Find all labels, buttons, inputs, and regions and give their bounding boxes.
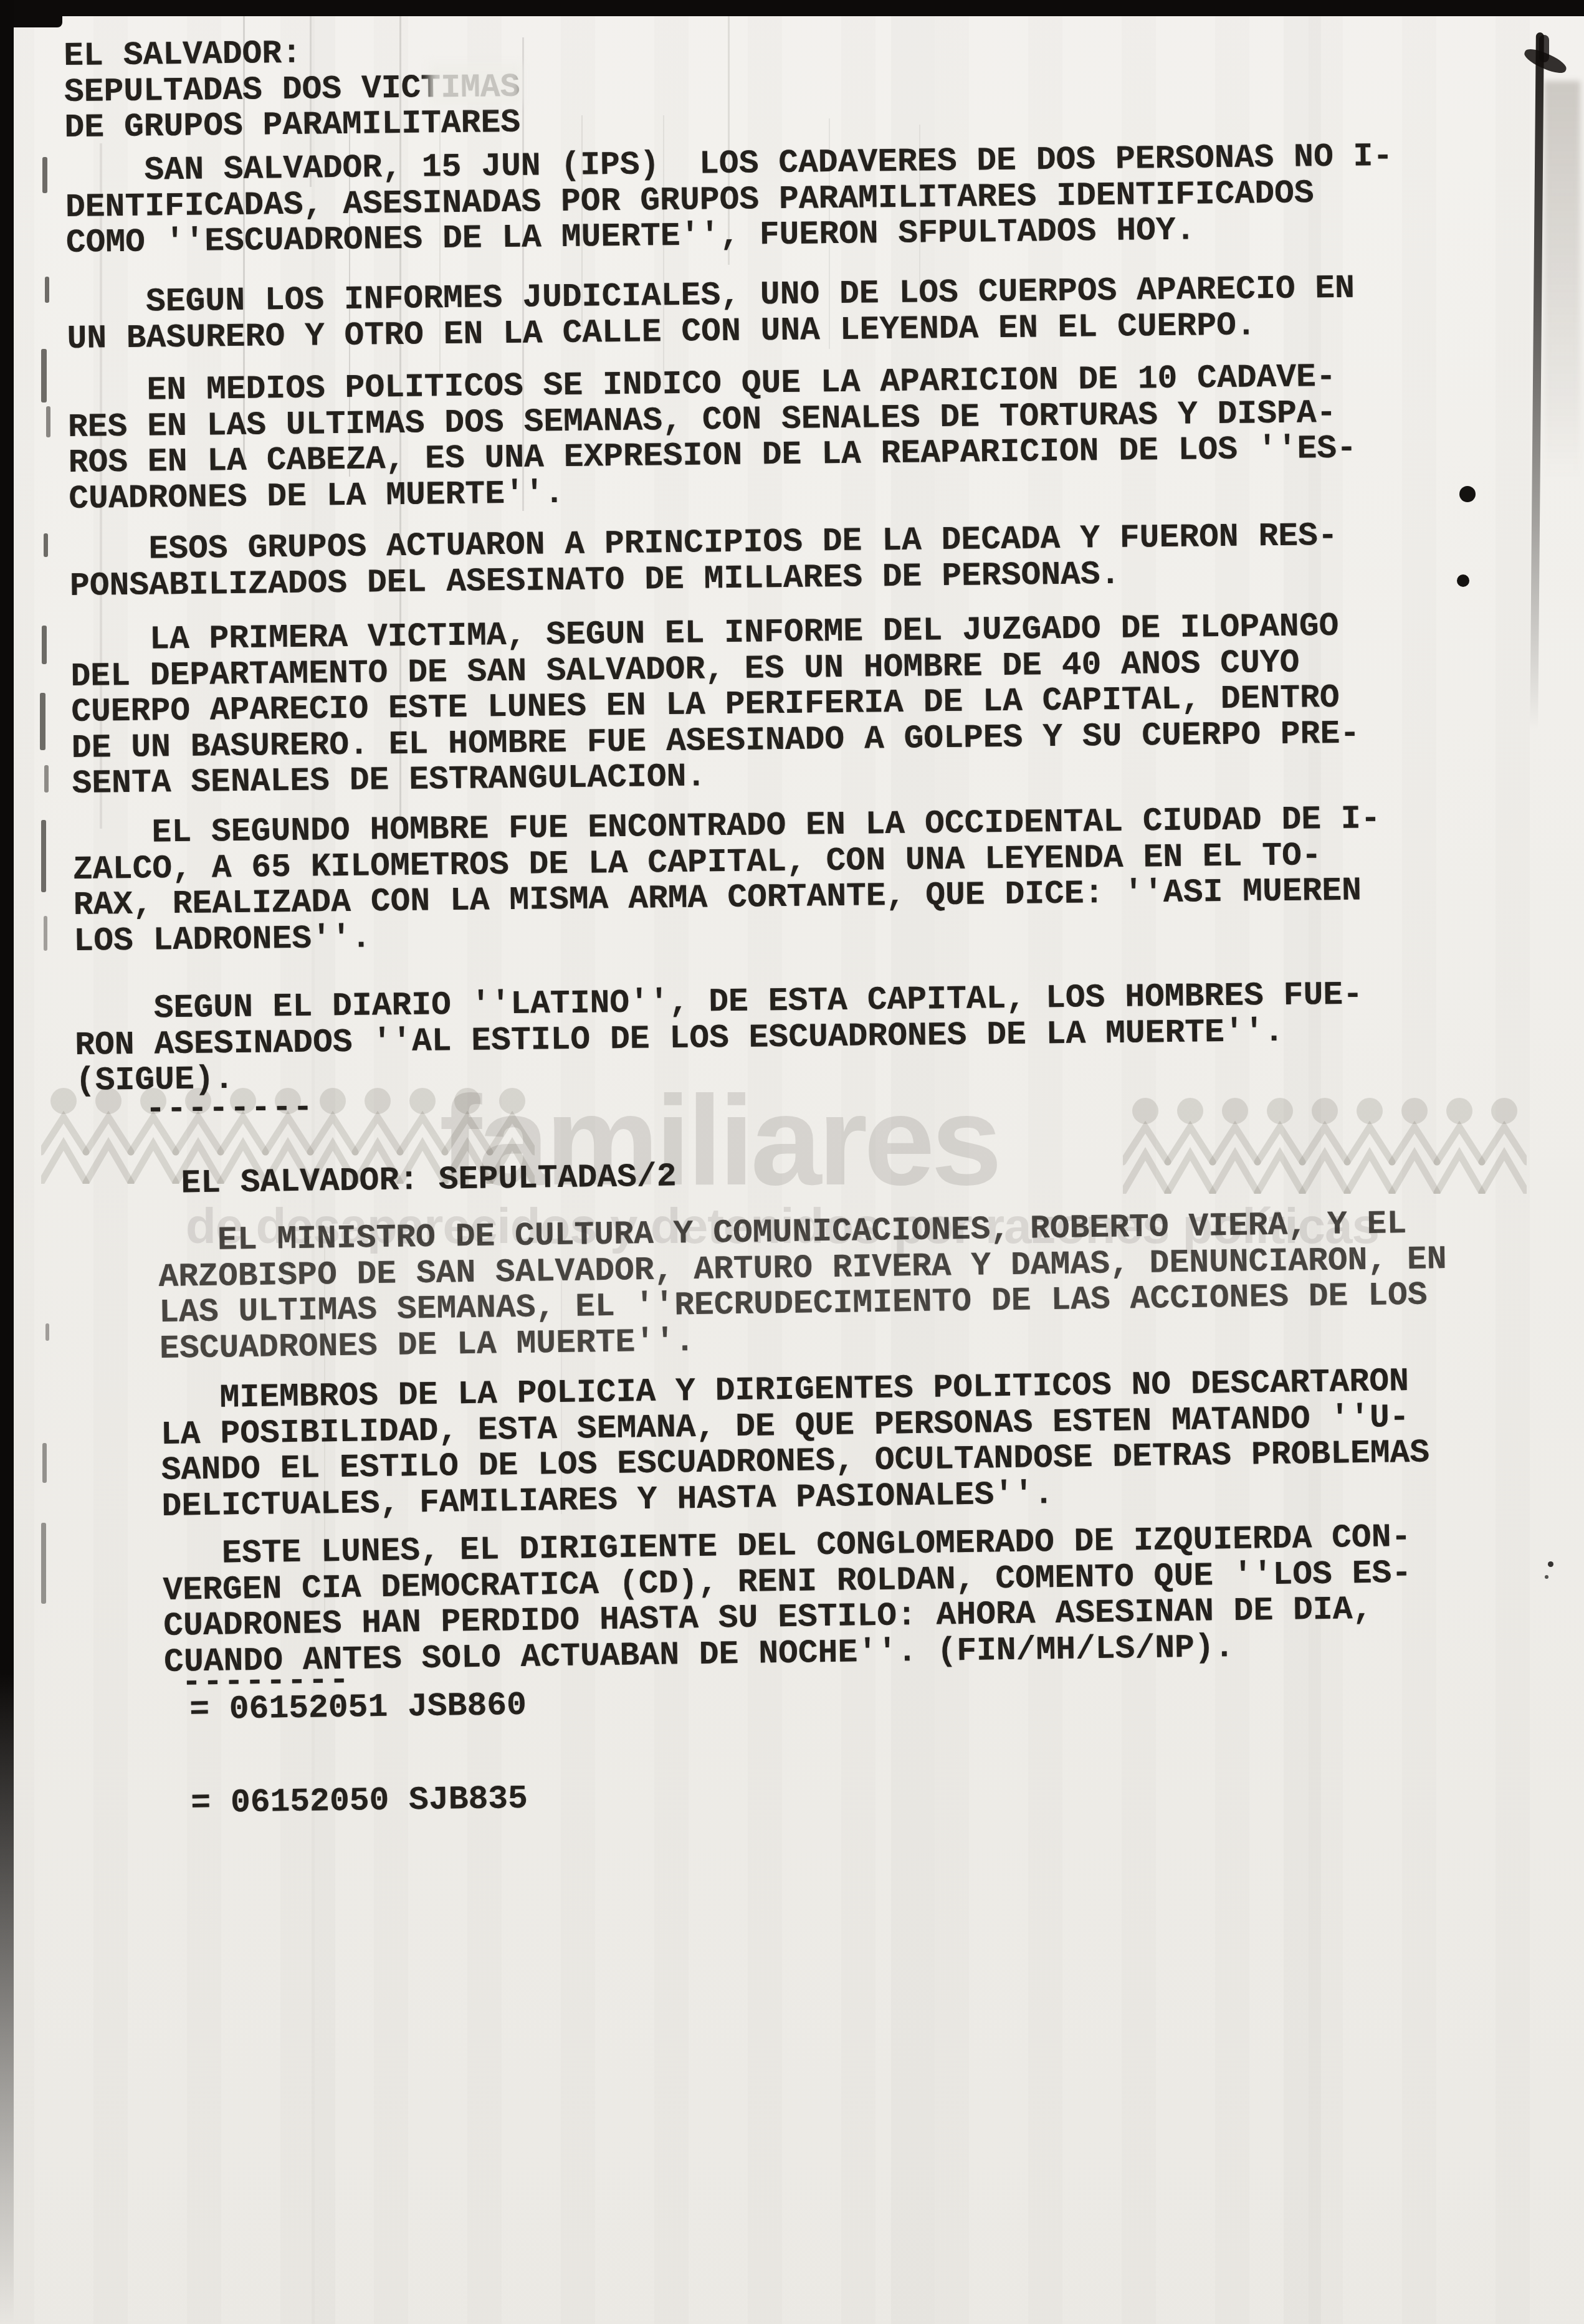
ink-streak-right (1530, 32, 1544, 730)
paragraph: EL MINISTRO DE CULTURA Y COMUNICACIONES,… (158, 1206, 1448, 1367)
paragraph: SAN SALVADOR, 15 JUN (IPS) LOS CADAVERES… (65, 139, 1394, 262)
ink-mark (41, 820, 46, 892)
transmission-code: = 06152050 SJB835 (191, 1781, 528, 1822)
story-part-2: EL SALVADOR: SEPULTADAS/2 EL MINISTRO DE… (157, 1145, 1514, 1912)
scan-edge-top (0, 0, 1584, 16)
paragraph: ESOS GRUPOS ACTUARON A PRINCIPIOS DE LA … (69, 518, 1338, 604)
document-scan: familiares de desaparecidos y detenidos … (0, 0, 1584, 2324)
story-slug: EL SALVADOR: SEPULTADAS/2 (181, 1159, 677, 1202)
ink-mark (45, 1323, 49, 1341)
ink-mark (42, 157, 47, 193)
ink-mark (44, 765, 49, 793)
ink-mark (42, 1443, 47, 1483)
ink-mark (41, 1523, 46, 1604)
paragraph: SEGUN EL DIARIO ''LATINO'', DE ESTA CAPI… (74, 977, 1363, 1099)
paragraph: SEGUN LOS INFORMES JUDICIALES, UNO DE LO… (66, 271, 1355, 357)
paragraph: EL SEGUNDO HOMBRE FUE ENCONTRADO EN LA O… (72, 801, 1382, 960)
ink-smudge (1544, 81, 1580, 480)
story-slug: EL SALVADOR: SEPULTADAS DOS VICTIMAS DE … (64, 34, 520, 146)
ink-speck (1548, 1561, 1553, 1567)
ink-speck (1545, 1575, 1548, 1579)
dashed-separator: -------- (145, 1090, 314, 1128)
ink-blot (1522, 45, 1569, 77)
paragraph: MIEMBROS DE LA POLICIA Y DIRIGENTES POLI… (160, 1364, 1431, 1525)
ink-mark (41, 349, 47, 402)
scan-edge-left (0, 0, 14, 2324)
ink-mark (46, 406, 50, 437)
ink-mark (44, 533, 48, 557)
story-part-1: EL SALVADOR: SEPULTADAS DOS VICTIMAS DE … (64, 23, 1423, 1178)
paragraph: ESTE LUNES, EL DIRIGIENTE DEL CONGLOMERA… (162, 1520, 1413, 1680)
ink-mark (45, 277, 49, 303)
ink-mark (44, 916, 47, 951)
ink-blot (1539, 35, 1549, 62)
scan-edge-corner (0, 0, 62, 27)
ink-dot (1457, 574, 1469, 587)
paragraph: LA PRIMERA VICTIMA, SEGUN EL INFORME DEL… (70, 608, 1360, 802)
paragraph: EN MEDIOS POLITICOS SE INDICO QUE LA APA… (67, 360, 1357, 517)
ink-dot (1459, 486, 1476, 502)
transmission-code: = 06152051 JSB860 (189, 1688, 527, 1728)
ink-mark (40, 693, 45, 750)
ink-mark (42, 626, 47, 664)
